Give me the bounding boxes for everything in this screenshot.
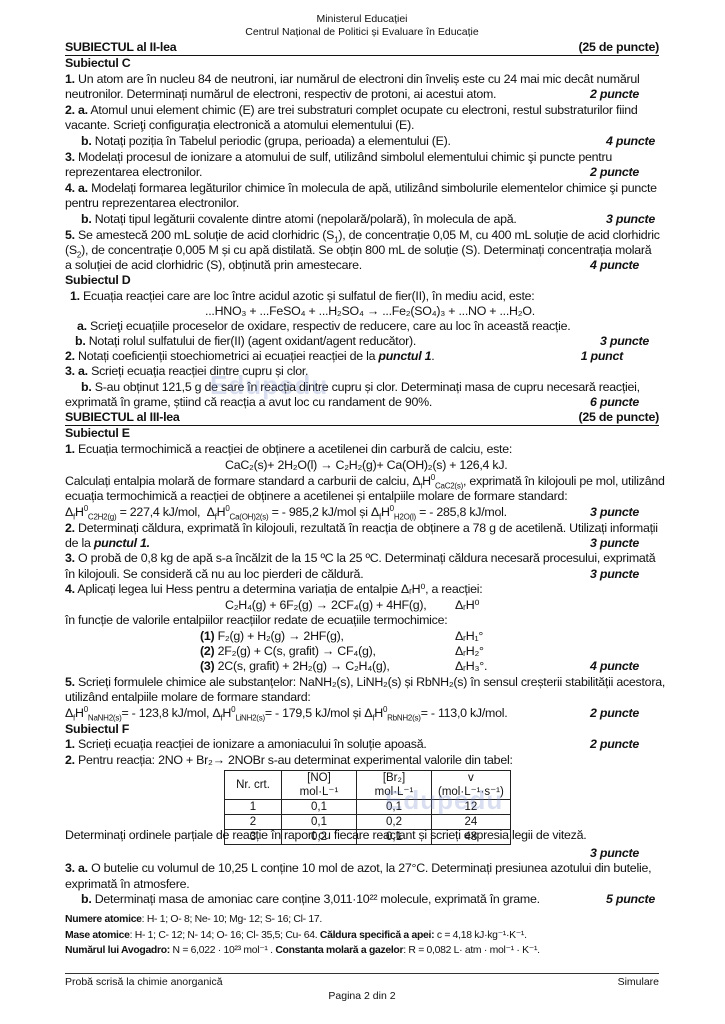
footer-right: Simulare [618, 976, 659, 988]
e-q2-points: 3 puncte [590, 536, 639, 551]
avogadro-gas-constant: Numărul lui Avogadro: N = 6,022 · 10²³ m… [65, 944, 540, 958]
e-q5-line1: 5. Scrieți formulele chimice ale substan… [65, 675, 659, 690]
f-q3a-line2: exprimată în atmosfere. [65, 877, 659, 892]
table-cell: 0,1 [282, 800, 357, 815]
table-header-cell: Nr. crt. [225, 771, 282, 800]
d-q2: 2. Notați coeficienții stoechiometrici a… [65, 349, 659, 364]
e-q4-equation: C₂H₄(g) + 6F₂(g) → 2CF₄(g) + 4HF(g), [225, 598, 426, 613]
c-q5-line3: a soluției de acid clorhidric (S), obțin… [65, 258, 659, 273]
e-q3-line2: în kilojouli. Se consideră că nu au loc … [65, 567, 659, 582]
c-q3-line1: 3. Modelați procesul de ionizare a atomu… [65, 150, 659, 165]
e-q1: 1. Ecuația termochimică a reacției de ob… [65, 442, 659, 457]
c-q2-points: 4 puncte [606, 134, 655, 149]
section-3-points: (25 de puncte) [579, 410, 660, 425]
d-q1-points: 3 puncte [600, 334, 649, 349]
d-q1a: a. Scrieţi ecuațiile proceselor de oxida… [65, 319, 671, 334]
subject-e-title: Subiectul E [65, 426, 659, 441]
d-q3b-line1: b. S-au obținut 121,5 g de sare în reacț… [65, 380, 675, 395]
e-q3-points: 3 puncte [590, 567, 639, 582]
e-q1-line3: Calculați entalpia molară de formare sta… [65, 474, 659, 489]
c-q3-line2: reprezentarea electronilor.2 puncte [65, 165, 659, 180]
table-cell: 1 [225, 800, 282, 815]
e-q4-reaction-1: (1) F₂(g) + H₂(g) → 2HF(g), [200, 629, 344, 644]
d-q3b-line2: exprimată în grame, știind că reacția a … [65, 395, 659, 410]
e-q1-line4: ecuația termochimică a reacției de obțin… [65, 489, 659, 504]
c-q5-line2: (S2), de concentrație 0,005 M și cu apă … [65, 243, 659, 258]
atomic-numbers: Numere atomice: H- 1; O- 8; Ne- 10; Mg- … [65, 913, 322, 927]
subject-f-title: Subiectul F [65, 722, 659, 737]
c-q1-points: 2 puncte [590, 87, 639, 102]
c-q1-line1: 1. Un atom are în nucleu 84 de neutroni,… [65, 72, 659, 87]
c-q4b: b. Notați tipul legăturii covalente dint… [65, 212, 675, 227]
f-q3b: b. Determinați masa de amoniac care conț… [65, 892, 675, 907]
e-q2-line2: de la punctul 1.3 puncte [65, 536, 659, 551]
c-q4a-line2: pentru reprezentarea electronilor. [65, 196, 659, 211]
c-q3-points: 2 puncte [590, 165, 639, 180]
section-3-heading: SUBIECTUL al III-lea (25 de puncte) [65, 410, 659, 426]
subject-c-title: Subiectul C [65, 56, 659, 71]
e-q5-line2: utilizând entalpiile molare de formare s… [65, 690, 659, 705]
e-q2-line1: 2. Determinați căldura, exprimată în kil… [65, 521, 659, 536]
e-q4-reaction-2: (2) 2F₂(g) + C(s, grafit) → CF₄(g), [200, 644, 376, 659]
subject-d-title: Subiectul D [65, 273, 659, 288]
f-q2-after: Determinați ordinele parțiale de reacție… [65, 828, 659, 843]
e-q1-equation: CaC₂(s)+ 2H₂O(l) → C₂H₂(g)+ Ca(OH)₂(s) +… [225, 458, 507, 473]
d-q1: 1. Ecuația reacției care are loc între a… [65, 289, 664, 304]
e-q4-equation-dh: ΔᵣH⁰ [455, 598, 479, 613]
atomic-masses: Mase atomice: H- 1; C- 12; N- 14; O- 16;… [65, 929, 527, 943]
c-q4-points: 3 puncte [606, 212, 655, 227]
watermark: Edupedu [385, 785, 503, 816]
e-q1-points: 3 puncte [590, 505, 639, 520]
e-q3-line1: 3. O probă de 0,8 kg de apă s-a încălzit… [65, 551, 659, 566]
c-q1-line2: neutronilor. Determinați numărul de elec… [65, 87, 659, 102]
section-2-heading: SUBIECTUL al II-lea (25 de puncte) [65, 40, 659, 56]
section-2-points: (25 de puncte) [579, 40, 660, 55]
e-q5-data: ΔfH0NaNH2(s)= - 123,8 kJ/mol, ΔfH0LiNH2(… [65, 706, 659, 721]
d-q1-equation: ...HNO₃ + ...FeSO₄ + ...H₂SO₄ → ...Fe₂(S… [205, 304, 535, 319]
d-q3a: 3. a. Scrieți ecuația reacției dintre cu… [65, 364, 659, 379]
c-q5-points: 4 puncte [590, 258, 639, 273]
f-q1-points: 2 puncte [590, 737, 639, 752]
d-q3-points: 6 puncte [590, 395, 639, 410]
f-q3-points: 5 puncte [606, 892, 655, 907]
f-q2: 2. Pentru reacția: 2NO + Br₂→ 2NOBr s-au… [65, 753, 659, 768]
e-q4-reaction-1-dh: ΔᵣH₁° [455, 629, 483, 644]
footer-divider [65, 973, 659, 974]
d-q2-points: 1 punct [581, 349, 623, 364]
c-q2a-line2: vacante. Scrieţi configurația electronic… [65, 118, 659, 133]
watermark: Edupedu [210, 370, 328, 401]
page-number: Pagina 2 din 2 [65, 990, 659, 1002]
e-q5-points: 2 puncte [590, 706, 639, 721]
f-q1: 1. Scrieți ecuația reacției de ionizare … [65, 737, 659, 752]
e-q4-points: 4 puncte [590, 659, 639, 674]
section-3-title: SUBIECTUL al III-lea [65, 410, 180, 424]
c-q5-line1: 5. Se amestecă 200 mL soluție de acid cl… [65, 228, 659, 243]
header-center: Centrul Național de Politici și Evaluare… [65, 26, 659, 39]
footer-left: Probă scrisă la chimie anorganică [65, 976, 223, 988]
header-ministry: Ministerul Educației [65, 13, 659, 26]
c-q2b: b. Notați poziția în Tabelul periodic (g… [65, 134, 675, 149]
c-q2a-line1: 2. a. Atomul unui element chimic (E) are… [65, 103, 659, 118]
e-q1-data: ΔfH0C2H2(g) = 227,4 kJ/mol, ΔfH0Ca(OH)2(… [65, 505, 659, 520]
e-q4-reaction-3-dh: ΔᵣH₃°. [455, 659, 487, 674]
f-q2-points: 3 puncte [590, 846, 639, 861]
section-2-title: SUBIECTUL al II-lea [65, 40, 176, 54]
e-q4-reaction-3: (3) 2C(s, grafit) + 2H₂(g) → C₂H₄(g), [200, 659, 390, 674]
e-q4-line3: în funcție de valorile entalpiilor reacț… [65, 613, 659, 628]
d-q1b: b. Notați rolul sulfatului de fier(II) (… [65, 334, 669, 349]
table-header-cell: [NO] mol·L⁻¹ [282, 771, 357, 800]
e-q4-reaction-2-dh: ΔᵣH₂° [455, 644, 484, 659]
e-q4-line1: 4. Aplicați legea lui Hess pentru a dete… [65, 582, 659, 597]
f-q3a-line1: 3. a. O butelie cu volumul de 10,25 L co… [65, 861, 659, 876]
c-q4a-line1: 4. a. Modelați formarea legăturilor chim… [65, 181, 659, 196]
